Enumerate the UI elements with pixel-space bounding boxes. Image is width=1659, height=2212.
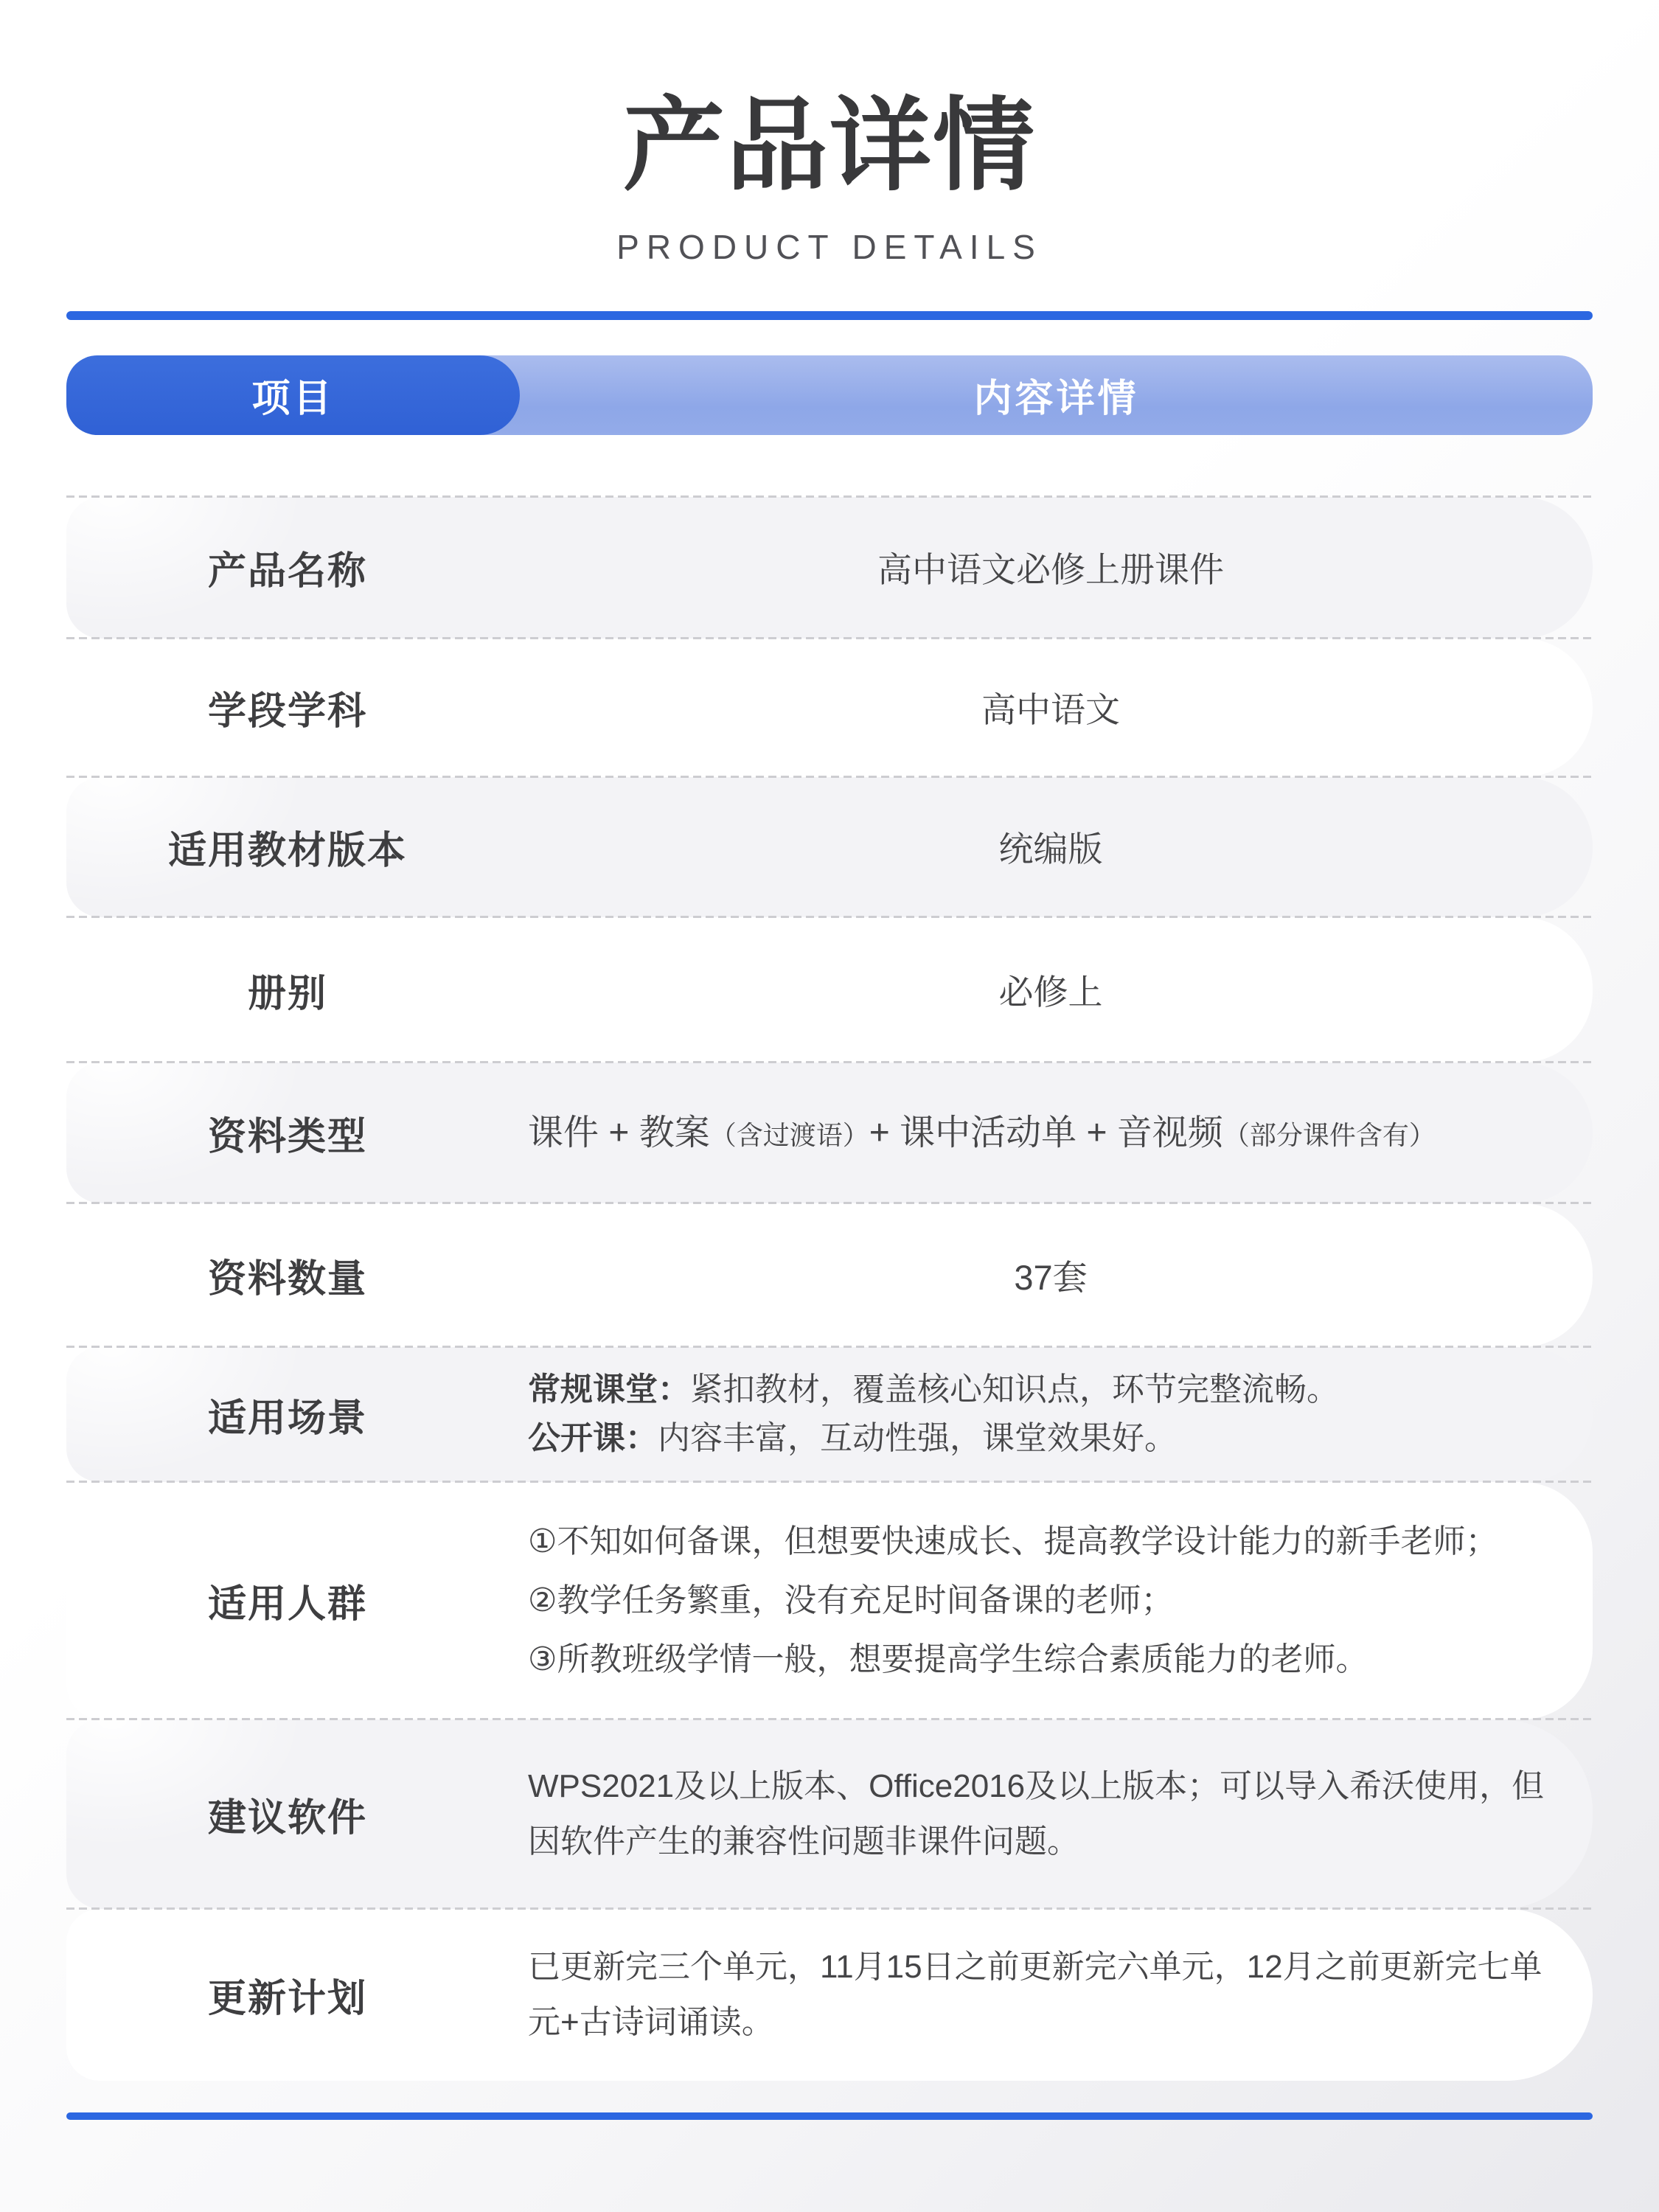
row-label: 建议软件 xyxy=(66,1787,509,1842)
table-row-textbook-version: 适用教材版本 统编版 xyxy=(66,777,1593,917)
row-value: WPS2021及以上版本、Office2016及以上版本；可以导入希沃使用，但因… xyxy=(509,1759,1593,1870)
row-label: 更新计划 xyxy=(66,1967,509,2023)
row-label: 产品名称 xyxy=(66,540,509,595)
audience-item: ③所教班级学情一般，想要提高学生综合素质能力的老师。 xyxy=(528,1635,1545,1684)
bottom-divider-line xyxy=(66,2112,1593,2120)
row-value: 统编版 xyxy=(509,822,1593,872)
material-type-note: （部分课件含有） xyxy=(1223,1120,1436,1150)
table-row-product-name: 产品名称 高中语文必修上册课件 xyxy=(66,497,1593,639)
page-subtitle: PRODUCT DETAILS xyxy=(0,230,1659,264)
row-label: 资料类型 xyxy=(66,1105,509,1161)
scenario-text: 内容丰富，互动性强，课堂效果好。 xyxy=(658,1420,1177,1456)
row-value: 常规课堂：紧扣教材，覆盖核心知识点，环节完整流畅。 公开课：内容丰富，互动性强，… xyxy=(509,1366,1593,1463)
row-label: 学段学科 xyxy=(66,680,509,735)
row-value: 高中语文 xyxy=(509,683,1593,732)
audience-item: ②教学任务繁重，没有充足时间备课的老师； xyxy=(528,1576,1545,1625)
row-value: ①不知如何备课，但想要快速成长、提高教学设计能力的新手老师； ②教学任务繁重，没… xyxy=(509,1507,1593,1694)
row-value: 必修上 xyxy=(509,965,1593,1015)
table-row-audience: 适用人群 ①不知如何备课，但想要快速成长、提高教学设计能力的新手老师； ②教学任… xyxy=(66,1482,1593,1719)
table-row-volume: 册别 必修上 xyxy=(66,917,1593,1062)
material-type-main: 课件 + 教案 xyxy=(528,1113,710,1152)
page-title: 产品详情 xyxy=(0,0,1659,226)
scenario-title: 公开课： xyxy=(528,1420,658,1456)
table-row-stage-subject: 学段学科 高中语文 xyxy=(66,639,1593,777)
details-table: 产品名称 高中语文必修上册课件 学段学科 高中语文 适用教材版本 统编版 册别 … xyxy=(66,497,1593,2081)
table-header: 项目 内容详情 xyxy=(66,355,1593,435)
row-label: 册别 xyxy=(66,962,509,1018)
audience-item: ①不知如何备课，但想要快速成长、提高教学设计能力的新手老师； xyxy=(528,1517,1545,1566)
row-label: 适用教材版本 xyxy=(66,819,509,874)
top-divider-line xyxy=(66,311,1593,320)
column-header-item: 项目 xyxy=(66,355,520,435)
table-row-scenarios: 适用场景 常规课堂：紧扣教材，覆盖核心知识点，环节完整流畅。 公开课：内容丰富，… xyxy=(66,1347,1593,1482)
row-value: 37套 xyxy=(509,1251,1593,1300)
table-row-material-count: 资料数量 37套 xyxy=(66,1203,1593,1347)
column-header-item-label: 项目 xyxy=(251,367,334,422)
table-row-software: 建议软件 WPS2021及以上版本、Office2016及以上版本；可以导入希沃… xyxy=(66,1719,1593,1909)
scenario-title: 常规课堂： xyxy=(528,1371,690,1408)
column-header-content-label: 内容详情 xyxy=(973,367,1138,422)
material-type-main: + 课中活动单 + 音视频 xyxy=(869,1113,1223,1152)
row-value: 高中语文必修上册课件 xyxy=(509,543,1593,592)
row-value: 已更新完三个单元，11月15日之前更新完六单元，12月之前更新完七单元+古诗词诵… xyxy=(509,1939,1593,2051)
table-row-material-type: 资料类型 课件 + 教案（含过渡语）+ 课中活动单 + 音视频（部分课件含有） xyxy=(66,1062,1593,1203)
scenario-text: 紧扣教材，覆盖核心知识点，环节完整流畅。 xyxy=(690,1371,1339,1408)
product-details-page: 产品详情 PRODUCT DETAILS 项目 内容详情 产品名称 高中语文必修… xyxy=(0,0,1659,2212)
row-value: 课件 + 教案（含过渡语）+ 课中活动单 + 音视频（部分课件含有） xyxy=(509,1104,1593,1162)
material-type-note: （含过渡语） xyxy=(710,1120,869,1150)
scenario-line: 常规课堂：紧扣教材，覆盖核心知识点，环节完整流畅。 xyxy=(528,1366,1545,1414)
row-label: 适用场景 xyxy=(66,1387,509,1442)
column-header-content: 内容详情 xyxy=(520,355,1593,435)
scenario-line: 公开课：内容丰富，互动性强，课堂效果好。 xyxy=(528,1414,1545,1463)
table-row-update-plan: 更新计划 已更新完三个单元，11月15日之前更新完六单元，12月之前更新完七单元… xyxy=(66,1909,1593,2081)
row-label: 资料数量 xyxy=(66,1248,509,1303)
row-label: 适用人群 xyxy=(66,1573,509,1628)
